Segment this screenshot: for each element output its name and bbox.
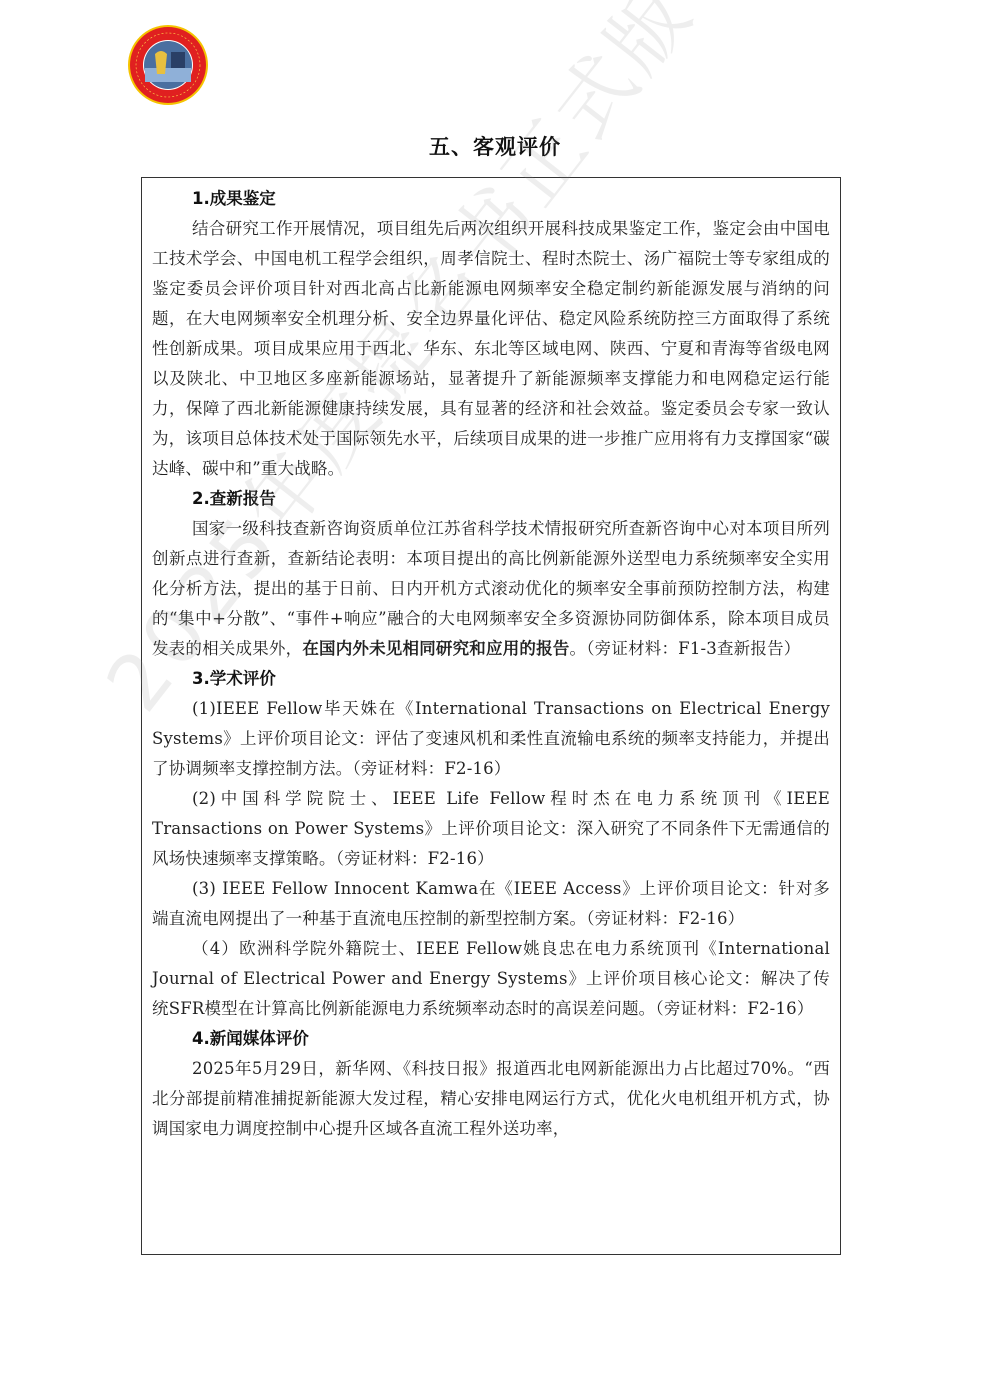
section-heading: 3.学术评价 (152, 664, 830, 694)
page-title: 五、客观评价 (0, 131, 990, 161)
academic-review-3: (3) IEEE Fellow Innocent Kamwa在《IEEE Acc… (152, 874, 830, 934)
paragraph-text: 国家一级科技查新咨询资质单位江苏省科学技术情报研究所查新咨询中心对本项目所列创新… (152, 519, 830, 658)
paragraph-tail: 。（旁证材料：F1-3查新报告） (570, 639, 801, 658)
section-achievement-appraisal: 1.成果鉴定 结合研究工作开展情况，项目组先后两次组织开展科技成果鉴定工作，鉴定… (152, 184, 830, 484)
academic-review-4: （4）欧洲科学院外籍院士、IEEE Fellow姚良忠在电力系统顶刊《Inter… (152, 934, 830, 1024)
section-novelty-search-report: 2.查新报告 国家一级科技查新咨询资质单位江苏省科学技术情报研究所查新咨询中心对… (152, 484, 830, 664)
seal-icon (127, 24, 209, 106)
section-academic-evaluation: 3.学术评价 (1)IEEE Fellow毕天姝在《International … (152, 664, 830, 1024)
objective-evaluation-box: 1.成果鉴定 结合研究工作开展情况，项目组先后两次组织开展科技成果鉴定工作，鉴定… (141, 177, 841, 1255)
academic-review-1: (1)IEEE Fellow毕天姝在《International Transac… (152, 694, 830, 784)
section-paragraph: 国家一级科技查新咨询资质单位江苏省科学技术情报研究所查新咨询中心对本项目所列创新… (152, 514, 830, 664)
emphasized-conclusion: 在国内外未见相同研究和应用的报告 (302, 639, 569, 658)
section-paragraph: 结合研究工作开展情况，项目组先后两次组织开展科技成果鉴定工作，鉴定会由中国电工技… (152, 214, 830, 484)
section-paragraph: 2025年5月29日，新华网、《科技日报》报道西北电网新能源出力占比超过70%。… (152, 1054, 830, 1144)
academic-review-2: (2)中国科学院院士、IEEE Life Fellow程时杰在电力系统顶刊《IE… (152, 784, 830, 874)
section-heading: 4.新闻媒体评价 (152, 1024, 830, 1054)
section-heading: 2.查新报告 (152, 484, 830, 514)
organization-seal-logo (127, 24, 209, 106)
section-media-evaluation: 4.新闻媒体评价 2025年5月29日，新华网、《科技日报》报道西北电网新能源出… (152, 1024, 830, 1144)
section-heading: 1.成果鉴定 (152, 184, 830, 214)
